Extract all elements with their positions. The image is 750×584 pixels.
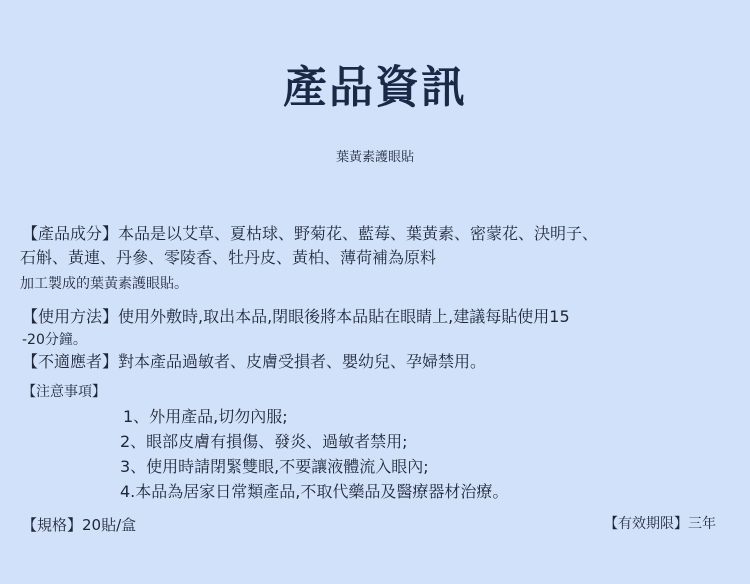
notes-heading: 【注意事項】	[22, 380, 106, 404]
note-item-1: 1、外用產品,切勿內服;	[123, 405, 288, 429]
usage-line-1: 【使用方法】使用外敷時,取出本品,閉眼後將本品貼在眼睛上,建議每貼使用15	[22, 305, 570, 329]
product-name: 葉黃素護眼貼	[0, 149, 750, 167]
usage-line-2: -20分鐘。	[22, 328, 87, 352]
ingredients-line-3: 加工製成的葉黃素護眼貼。	[20, 272, 188, 296]
spec-text: 【規格】20貼/盒	[22, 513, 136, 537]
note-item-2: 2、眼部皮膚有損傷、發炎、過敏者禁用;	[120, 430, 408, 454]
note-item-4: 4.本品為居家日常類產品,不取代藥品及醫療器材治療。	[120, 480, 508, 504]
shelf-life-text: 【有效期限】三年	[604, 513, 716, 535]
note-item-3: 3、使用時請閉緊雙眼,不要讓液體流入眼內;	[120, 455, 429, 479]
contraindications-text: 【不適應者】對本產品過敏者、皮膚受損者、嬰幼兒、孕婦禁用。	[22, 350, 486, 374]
ingredients-line-1: 【產品成分】本品是以艾草、夏枯球、野菊花、藍莓、葉黃素、密蒙花、決明子、	[22, 222, 598, 246]
page-title: 產品資訊	[0, 58, 750, 118]
ingredients-line-2: 石斛、黃連、丹參、零陵香、牡丹皮、黃柏、薄荷補為原料	[20, 246, 436, 270]
